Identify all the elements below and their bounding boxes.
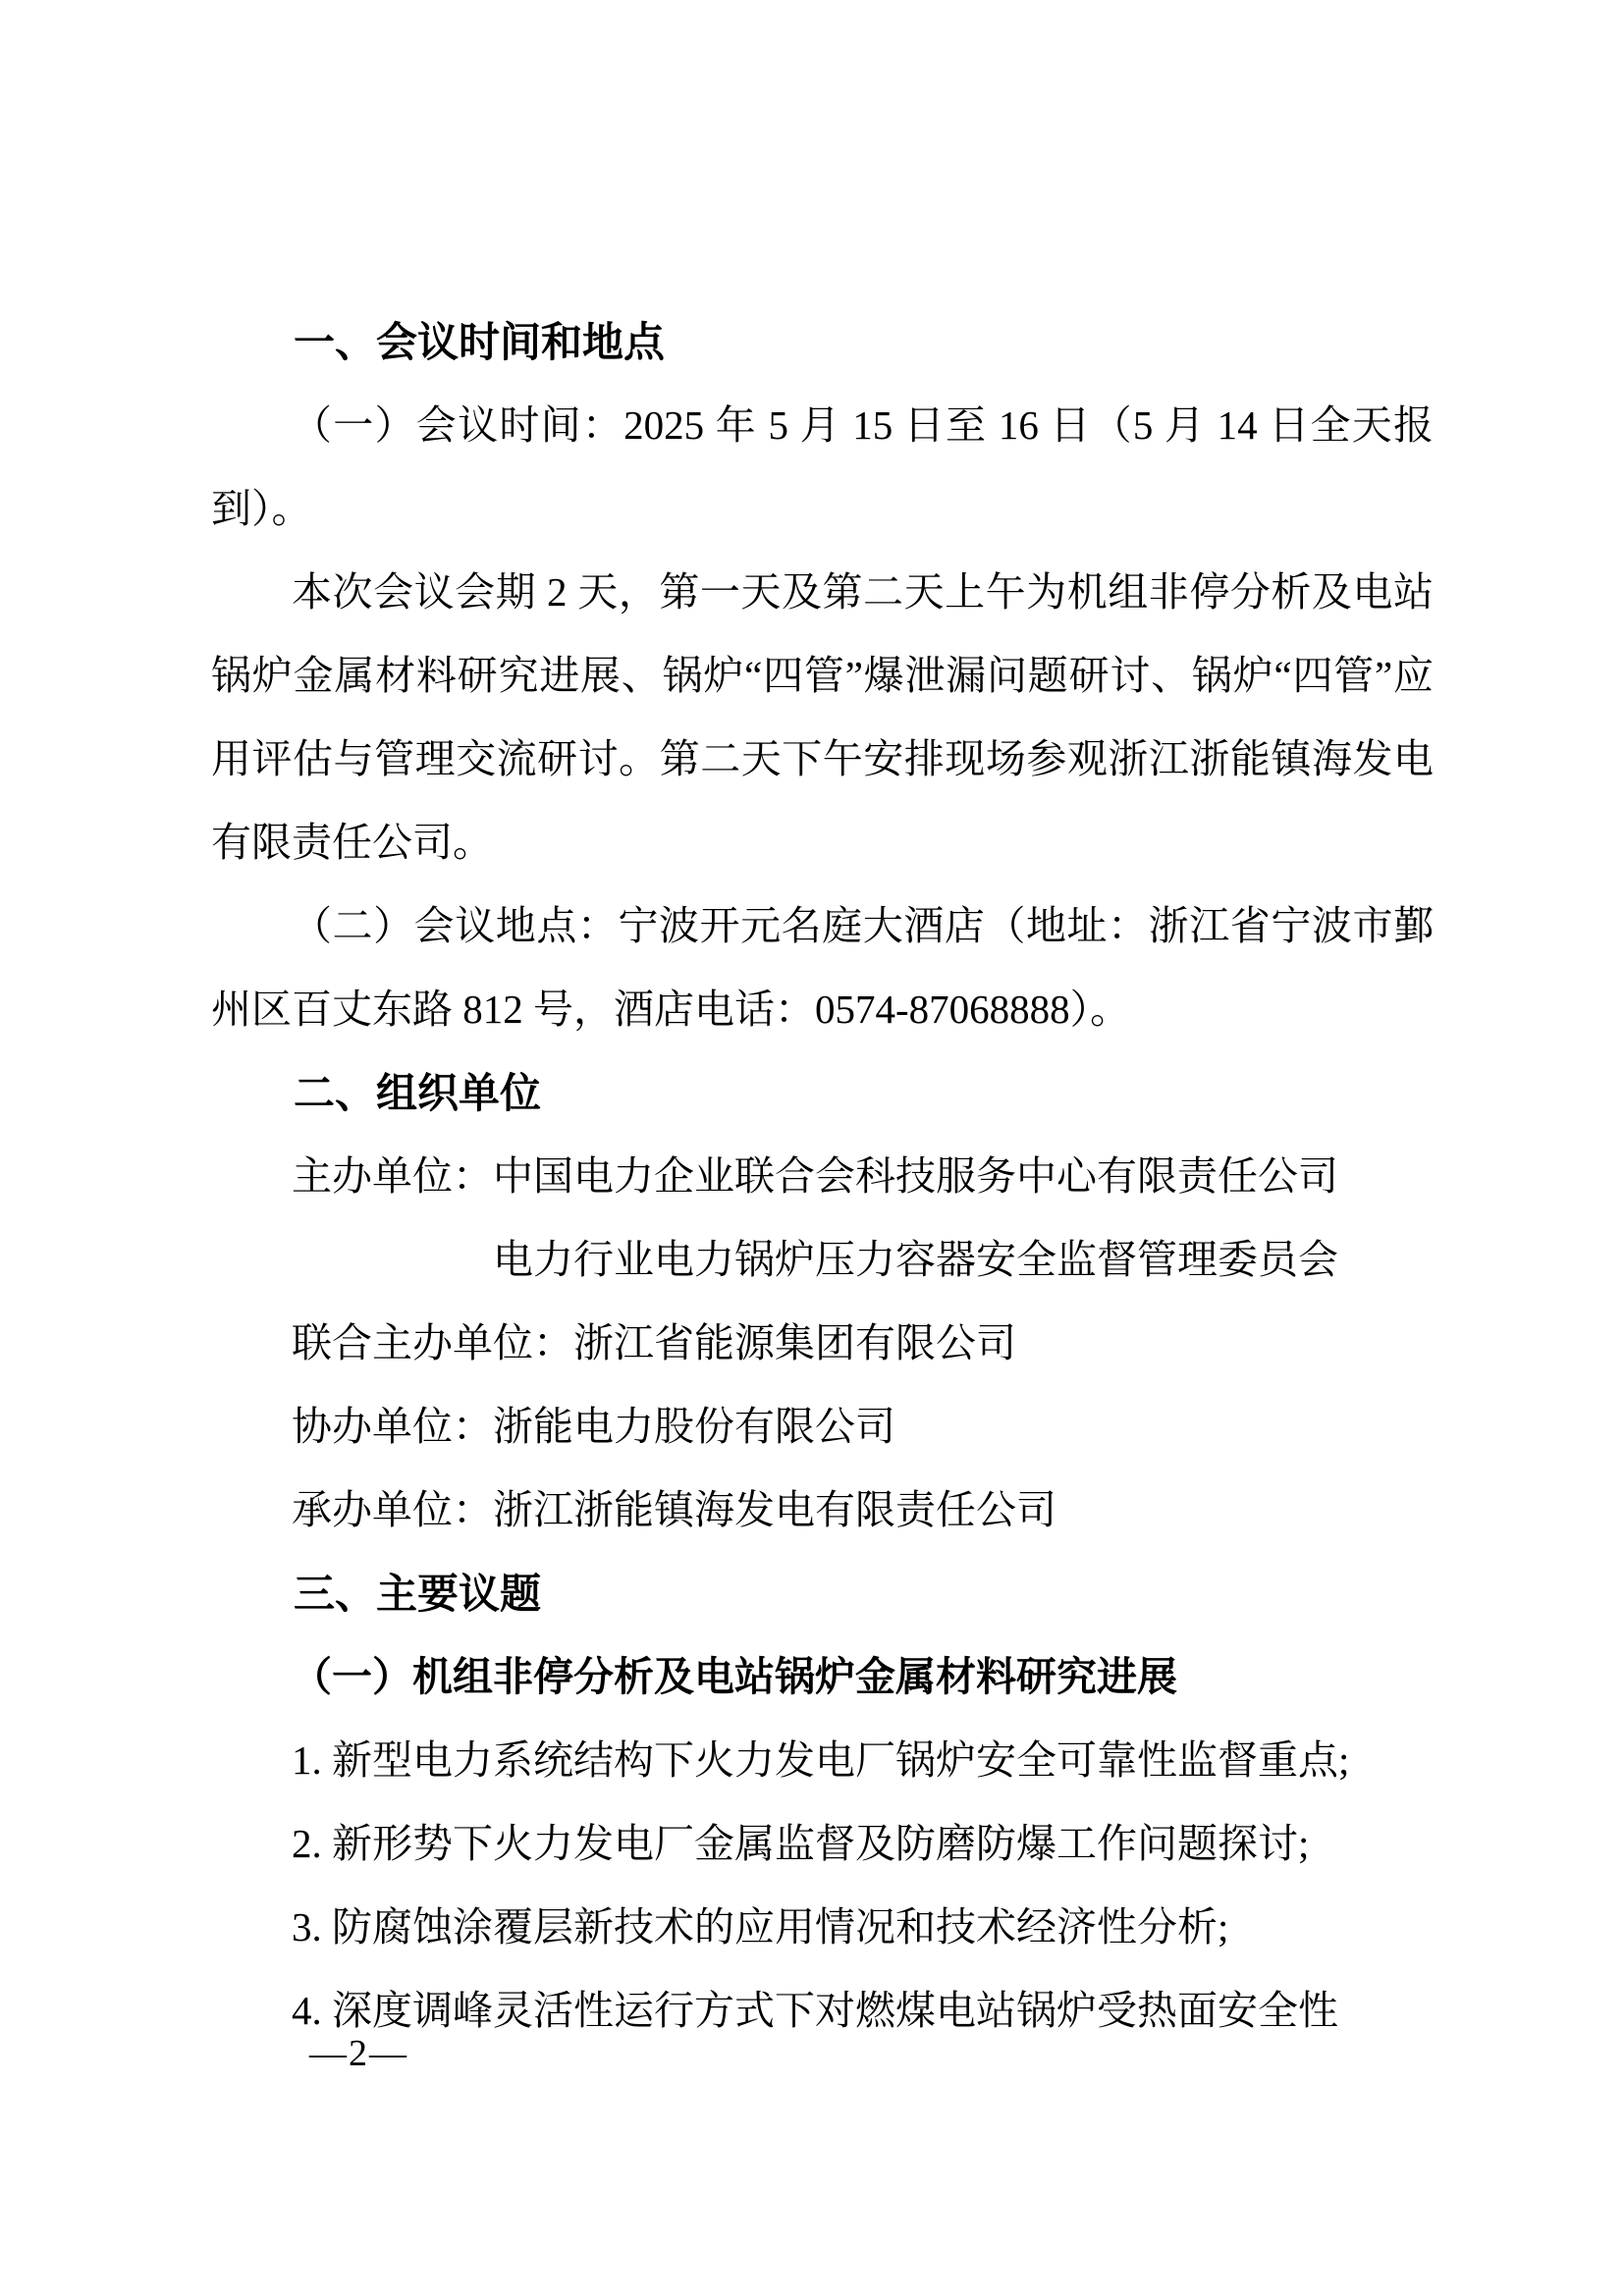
organizer-undertaker-line: 承办单位：浙江浙能镇海发电有限责任公司 bbox=[211, 1468, 1434, 1552]
paragraph-meeting-time: （一）会议时间：2025 年 5 月 15 日至 16 日（5 月 14 日全天… bbox=[211, 384, 1434, 551]
organizer-host-row: 主办单位： 中国电力企业联合会科技服务中心有限责任公司 电力行业电力锅炉压力容器… bbox=[211, 1135, 1434, 1302]
organizer-host-name-1: 中国电力企业联合会科技服务中心有限责任公司 bbox=[493, 1135, 1434, 1218]
document-page: 一、会议时间和地点 （一）会议时间：2025 年 5 月 15 日至 16 日（… bbox=[0, 0, 1624, 2296]
paragraph-meeting-overview: 本次会议会期 2 天，第一天及第二天上午为机组非停分析及电站锅炉金属材料研究进展… bbox=[211, 551, 1434, 884]
document-content: 一、会议时间和地点 （一）会议时间：2025 年 5 月 15 日至 16 日（… bbox=[211, 300, 1434, 2053]
section-heading-time-place: 一、会议时间和地点 bbox=[211, 300, 1434, 384]
topic-group-1-heading: （一）机组非停分析及电站锅炉金属材料研究进展 bbox=[211, 1635, 1434, 1719]
organizer-host-name-2: 电力行业电力锅炉压力容器安全监督管理委员会 bbox=[493, 1218, 1434, 1302]
topic-item-2: 2. 新形势下火力发电厂金属监督及防磨防爆工作问题探讨; bbox=[211, 1802, 1434, 1886]
topic-item-1: 1. 新型电力系统结构下火力发电厂锅炉安全可靠性监督重点; bbox=[211, 1719, 1434, 1802]
topic-item-3: 3. 防腐蚀涂覆层新技术的应用情况和技术经济性分析; bbox=[211, 1886, 1434, 1969]
organizer-cohost-line: 联合主办单位：浙江省能源集团有限公司 bbox=[211, 1302, 1434, 1385]
organizer-assist-line: 协办单位：浙能电力股份有限公司 bbox=[211, 1385, 1434, 1468]
section-heading-topics: 三、主要议题 bbox=[211, 1552, 1434, 1635]
section-heading-organizers: 二、组织单位 bbox=[211, 1051, 1434, 1135]
organizer-host-values: 中国电力企业联合会科技服务中心有限责任公司 电力行业电力锅炉压力容器安全监督管理… bbox=[493, 1135, 1434, 1302]
page-number: —2— bbox=[309, 2024, 408, 2083]
organizer-host-label: 主办单位： bbox=[292, 1135, 493, 1302]
paragraph-meeting-venue: （二）会议地点：宁波开元名庭大酒店（地址：浙江省宁波市鄞州区百丈东路 812 号… bbox=[211, 884, 1434, 1051]
